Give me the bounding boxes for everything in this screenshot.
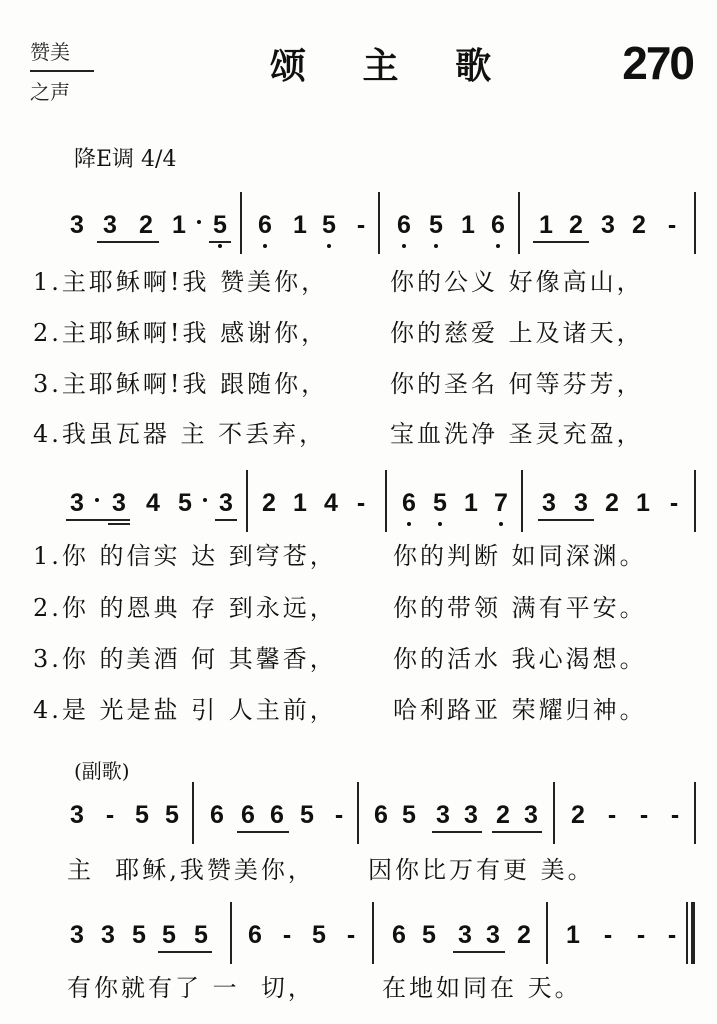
note: 2 bbox=[567, 800, 589, 830]
lyric-verse-3-b: 你的圣名 何等芬芳， bbox=[390, 364, 644, 399]
note: 5 bbox=[128, 920, 150, 950]
note: 1 bbox=[460, 488, 482, 518]
note: 5 bbox=[190, 920, 212, 950]
bar-line bbox=[518, 192, 520, 254]
lyric-verse-4-b: 宝血洗净 圣灵充盈， bbox=[390, 414, 644, 449]
dash: - bbox=[350, 488, 372, 518]
dash: - bbox=[633, 800, 655, 830]
note: 5 bbox=[418, 920, 440, 950]
note: 5 bbox=[398, 800, 420, 830]
bar-line-thin bbox=[686, 902, 688, 964]
note: 2 bbox=[601, 488, 623, 518]
note: 3 bbox=[97, 920, 119, 950]
dash: - bbox=[601, 800, 623, 830]
note-low: 6 bbox=[254, 210, 276, 240]
dash: - bbox=[664, 800, 686, 830]
augmentation-dot bbox=[197, 220, 201, 224]
note-low: 6 bbox=[393, 210, 415, 240]
note: 3 bbox=[66, 920, 88, 950]
eighth-beam bbox=[215, 519, 237, 521]
final-bar-line bbox=[691, 902, 695, 964]
dash: - bbox=[276, 920, 298, 950]
note: 6 bbox=[266, 800, 288, 830]
series-name-bottom: 之声 bbox=[30, 76, 94, 105]
eighth-beam bbox=[538, 519, 594, 521]
note: 1 bbox=[168, 210, 190, 240]
note: 6 bbox=[237, 800, 259, 830]
note: 3 bbox=[538, 488, 560, 518]
note: 3 bbox=[66, 210, 88, 240]
bar-line bbox=[521, 470, 523, 532]
bar-line bbox=[553, 782, 555, 844]
lyric-chorus-1-b: 因你比万有更 美。 bbox=[368, 850, 595, 885]
lyric-verse-2-b: 你的慈爱 上及诸天， bbox=[390, 313, 644, 348]
lyric-verse-2-d: 你的带领 满有平安。 bbox=[393, 588, 647, 623]
series-divider bbox=[30, 70, 94, 72]
eighth-beam bbox=[432, 831, 482, 833]
note: 5 bbox=[174, 488, 196, 518]
note: 3 bbox=[432, 800, 454, 830]
bar-line bbox=[372, 902, 374, 964]
lyric-verse-1-b: 你的公义 好像高山， bbox=[390, 262, 644, 297]
note: 1 bbox=[289, 488, 311, 518]
eighth-beam bbox=[453, 951, 505, 953]
note: 2 bbox=[565, 210, 587, 240]
bar-line bbox=[694, 192, 696, 254]
note: 6 bbox=[206, 800, 228, 830]
bar-line bbox=[357, 782, 359, 844]
lyric-chorus-2-a: 有你就有了 一 切， bbox=[67, 968, 315, 1003]
notation-line-1: 3 3 2 1 5 6 1 5 - 6 5 1 6 1 2 3 2 - bbox=[0, 210, 717, 270]
dash: - bbox=[99, 800, 121, 830]
lyric-verse-2-c: 2.你 的恩典 存 到永远， bbox=[33, 588, 337, 623]
eighth-beam bbox=[158, 951, 212, 953]
note: 1 bbox=[562, 920, 584, 950]
lyric-chorus-1-a: 主 耶稣,我赞美你， bbox=[67, 850, 315, 885]
lyric-verse-1-d: 你的判断 如同深渊。 bbox=[393, 536, 647, 571]
lyric-verse-1-a: 1.主耶稣啊!我 赞美你， bbox=[33, 262, 328, 297]
eighth-beam bbox=[97, 241, 159, 243]
eighth-beam bbox=[237, 831, 289, 833]
eighth-beam bbox=[533, 241, 589, 243]
dash: - bbox=[328, 800, 350, 830]
note: 3 bbox=[108, 488, 130, 518]
series-name-top: 赞美 bbox=[30, 36, 94, 65]
note: 2 bbox=[492, 800, 514, 830]
note: 3 bbox=[454, 920, 476, 950]
eighth-beam bbox=[209, 241, 231, 243]
bar-line bbox=[240, 192, 242, 254]
note: 2 bbox=[135, 210, 157, 240]
note-low: 5 bbox=[429, 488, 451, 518]
note: 3 bbox=[99, 210, 121, 240]
hymn-number: 270 bbox=[622, 36, 693, 90]
note: 6 bbox=[244, 920, 266, 950]
augmentation-dot bbox=[95, 498, 99, 502]
note: 3 bbox=[66, 800, 88, 830]
sixteenth-beam bbox=[108, 523, 130, 525]
bar-line bbox=[694, 470, 696, 532]
note: 5 bbox=[161, 800, 183, 830]
dash: - bbox=[663, 488, 685, 518]
note: 5 bbox=[308, 920, 330, 950]
note: 5 bbox=[158, 920, 180, 950]
note: 6 bbox=[370, 800, 392, 830]
note: 3 bbox=[520, 800, 542, 830]
note: 3 bbox=[215, 488, 237, 518]
lyric-verse-4-d: 哈利路亚 荣耀归神。 bbox=[393, 690, 647, 725]
note: 2 bbox=[628, 210, 650, 240]
note: 3 bbox=[570, 488, 592, 518]
note: 1 bbox=[632, 488, 654, 518]
note: 1 bbox=[535, 210, 557, 240]
note: 1 bbox=[289, 210, 311, 240]
bar-line bbox=[385, 470, 387, 532]
dash: - bbox=[661, 210, 683, 240]
lyric-verse-4-a: 4.我虽瓦器 主 不丢弃， bbox=[33, 414, 326, 449]
augmentation-dot bbox=[203, 498, 207, 502]
note: 2 bbox=[258, 488, 280, 518]
lyric-verse-2-a: 2.主耶稣啊!我 感谢你， bbox=[33, 313, 328, 348]
bar-line bbox=[694, 782, 696, 844]
note: 5 bbox=[131, 800, 153, 830]
note-low: 6 bbox=[487, 210, 509, 240]
note: 3 bbox=[66, 488, 88, 518]
dash: - bbox=[340, 920, 362, 950]
eighth-beam bbox=[492, 831, 542, 833]
note: 3 bbox=[597, 210, 619, 240]
note: 2 bbox=[513, 920, 535, 950]
bar-line bbox=[378, 192, 380, 254]
lyric-verse-3-d: 你的活水 我心渴想。 bbox=[393, 639, 647, 674]
bar-line bbox=[246, 470, 248, 532]
dash: - bbox=[661, 920, 683, 950]
lyric-chorus-2-b: 在地如同在 天。 bbox=[382, 968, 582, 1003]
lyric-verse-3-c: 3.你 的美酒 何 其馨香， bbox=[33, 639, 337, 674]
note-low: 5 bbox=[318, 210, 340, 240]
hymn-title: 颂 主 歌 bbox=[270, 38, 513, 89]
eighth-beam bbox=[66, 519, 130, 521]
dash: - bbox=[597, 920, 619, 950]
note: 1 bbox=[457, 210, 479, 240]
bar-line bbox=[546, 902, 548, 964]
note: 3 bbox=[460, 800, 482, 830]
note-low: 5 bbox=[209, 210, 231, 240]
lyric-verse-3-a: 3.主耶稣啊!我 跟随你， bbox=[33, 364, 328, 399]
note: 4 bbox=[320, 488, 342, 518]
lyric-verse-4-c: 4.是 光是盐 引 人主前， bbox=[33, 690, 337, 725]
note-low: 7 bbox=[490, 488, 512, 518]
note: 4 bbox=[142, 488, 164, 518]
dash: - bbox=[630, 920, 652, 950]
note-low: 5 bbox=[425, 210, 447, 240]
note-low: 6 bbox=[398, 488, 420, 518]
bar-line bbox=[192, 782, 194, 844]
note: 5 bbox=[296, 800, 318, 830]
note: 6 bbox=[388, 920, 410, 950]
key-time-signature: 降E调 4/4 bbox=[74, 142, 176, 173]
dash: - bbox=[350, 210, 372, 240]
bar-line bbox=[230, 902, 232, 964]
chorus-label: (副歌) bbox=[74, 755, 130, 784]
note: 3 bbox=[482, 920, 504, 950]
lyric-verse-1-c: 1.你 的信实 达 到穹苍， bbox=[33, 536, 337, 571]
